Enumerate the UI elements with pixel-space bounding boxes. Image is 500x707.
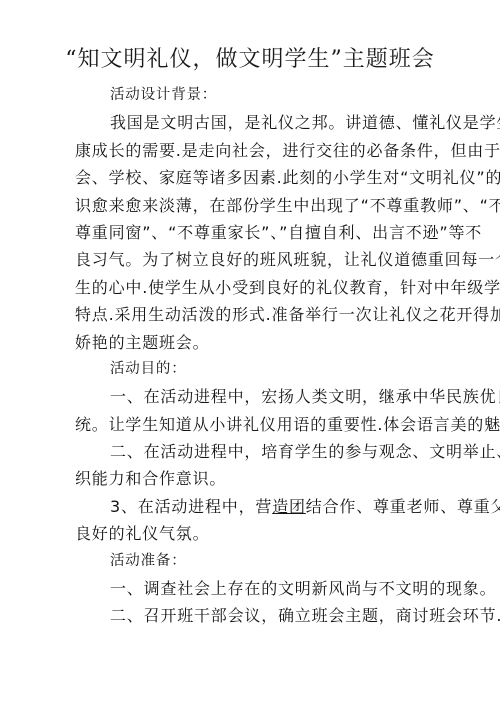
purpose-item-3-suffix: 结合作、尊重老师、尊重父母等 — [306, 497, 500, 516]
section-heading-purpose: 活动目的： — [75, 356, 435, 383]
purpose-item-1-line: 一、在活动进程中，宏扬人类文明，继承中华民族优良传 — [75, 383, 435, 410]
section-heading-preparation: 活动准备： — [75, 548, 435, 575]
paragraph-line: 生的心中.使学生从小受到良好的礼仪教育，针对中年级学生的 — [75, 274, 435, 301]
preparation-item: 二、召开班干部会议，确立班会主题，商讨班会环节. — [75, 602, 435, 629]
paragraph-line: 会、学校、家庭等诸多因素.此刻的小学生对“文明礼仪”的意 — [75, 164, 435, 191]
paragraph-line: 识愈来愈来淡薄，在部份学生中出现了“不尊重教师”、“不 — [75, 192, 435, 219]
purpose-item-2-line: 织能力和合作意识。 — [75, 465, 435, 492]
paragraph-line: 康成长的需要.是走向社会，进行交往的必备条件，但由于社 — [75, 137, 435, 164]
preparation-item: 一、调查社会上存在的文明新风尚与不文明的现象。 — [75, 575, 435, 602]
document-title: “知文明礼仪，做文明学生”主题班会 — [0, 42, 500, 73]
purpose-item-3-line: 3、在活动进程中，营造团结合作、尊重老师、尊重父母等 — [75, 493, 435, 520]
underlined-text: 造团 — [272, 497, 306, 516]
purpose-item-2-line: 二、在活动进程中，培育学生的参与观念、文明举止、组 — [75, 438, 435, 465]
paragraph-line: 良习气。为了树立良好的班风班貌，让礼仪道德重回每一个学 — [75, 246, 435, 273]
purpose-item-3-line: 良好的礼仪气氛。 — [75, 520, 435, 547]
section-heading-background: 活动设计背景： — [75, 82, 435, 109]
paragraph-line: 娇艳的主题班会。 — [75, 329, 435, 356]
paragraph-line: 尊重同窗”、“不尊重家长”、”自擅自利、出言不逊”等不 — [75, 219, 435, 246]
paragraph-line: 我国是文明古国，是礼仪之邦。讲道德、懂礼仪是学生健 — [75, 109, 435, 136]
paragraph-line: 特点.采用生动活泼的形式.准备举行一次让礼仪之花开得加倍 — [75, 301, 435, 328]
purpose-item-1-line: 统。让学生知道从小讲礼仪用语的重要性.体会语言美的魅力。 — [75, 411, 435, 438]
document-body: 活动设计背景： 我国是文明古国，是礼仪之邦。讲道德、懂礼仪是学生健 康成长的需要… — [75, 82, 435, 630]
purpose-item-3-prefix: 3、在活动进程中，营 — [110, 497, 272, 516]
